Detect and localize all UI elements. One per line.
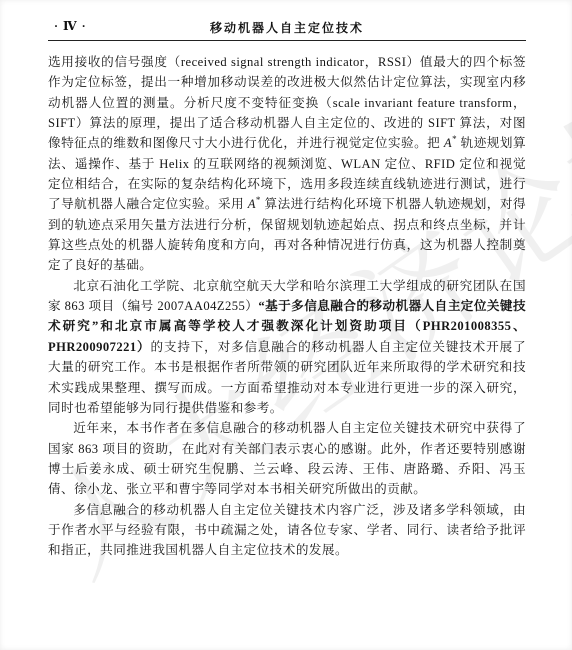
running-title: 移动机器人自主定位技术 [48,19,526,36]
paragraph: 多信息融合的移动机器人自主定位关键技术内容广泛，涉及诸多学科领域，由于作者水平与… [48,500,526,561]
paragraph: 选用接收的信号强度（received signal strength indic… [48,52,526,276]
paragraph: 近年来，本书作者在多信息融合的移动机器人自主定位关键技术研究中获得了国家 863… [48,418,526,499]
body-text: 选用接收的信号强度（received signal strength indic… [48,52,526,561]
book-page: 人大经济论坛 · Ⅳ · 移动机器人自主定位技术 选用接收的信号强度（recei… [0,0,572,650]
header-rule [48,40,526,41]
page-header: · Ⅳ · 移动机器人自主定位技术 [48,19,526,37]
paragraph: 北京石油化工学院、北京航空航天大学和哈尔滨理工大学组成的研究团队在国家 863 … [48,276,526,418]
